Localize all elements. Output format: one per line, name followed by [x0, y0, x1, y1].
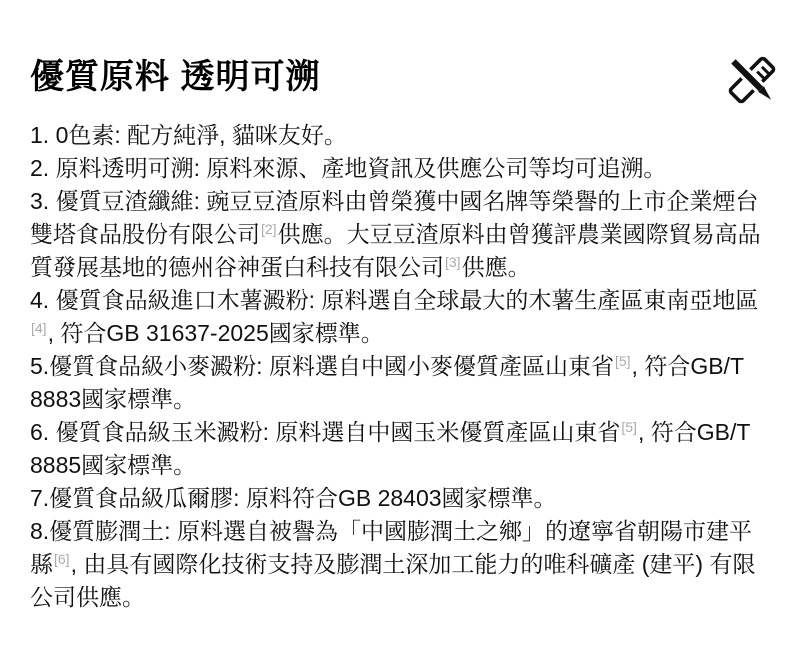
citation-ref: [2]	[260, 221, 278, 237]
list-item: 1. 0色素: 配方純淨, 貓咪友好。	[30, 119, 764, 152]
item-text: 供應。	[462, 254, 531, 280]
list-item: 4. 優質食品級進口木薯澱粉: 原料選自全球最大的木薯生產區東南亞地區[4], …	[30, 284, 764, 350]
list-item: 3. 優質豆渣纖維: 豌豆豆渣原料由曾榮獲中國名牌等榮譽的上市企業煙台雙塔食品股…	[30, 185, 764, 284]
item-text: , 符合GB 31637-2025國家標準。	[48, 320, 384, 346]
ingredient-list: 1. 0色素: 配方純淨, 貓咪友好。2. 原料透明可溯: 原料來源、產地資訊及…	[30, 119, 764, 614]
citation-ref: [3]	[444, 254, 462, 270]
citation-ref: [6]	[53, 551, 71, 567]
list-item: 2. 原料透明可溯: 原料來源、產地資訊及供應公司等均可追溯。	[30, 152, 764, 185]
item-text: , 由具有國際化技術支持及膨潤土深加工能力的唯科礦產 (建平) 有限公司供應。	[30, 551, 755, 610]
item-text: 7.優質食品級瓜爾膠: 原料符合GB 28403國家標準。	[30, 485, 557, 511]
list-item: 6. 優質食品級玉米澱粉: 原料選自中國玉米優質產區山東省[5], 符合GB/T…	[30, 416, 764, 482]
ruler-and-pen-icon	[725, 53, 779, 107]
list-item: 8.優質膨潤土: 原料選自被譽為「中國膨潤土之鄉」的遼寧省朝陽市建平縣[6], …	[30, 515, 764, 614]
citation-ref: [4]	[30, 320, 48, 336]
item-text: 1. 0色素: 配方純淨, 貓咪友好。	[30, 122, 347, 148]
section-title: 優質原料 透明可溯	[30, 56, 762, 99]
item-text: 4. 優質食品級進口木薯澱粉: 原料選自全球最大的木薯生產區東南亞地區	[30, 287, 758, 313]
item-text: 2. 原料透明可溯: 原料來源、產地資訊及供應公司等均可追溯。	[30, 155, 666, 181]
list-item: 5.優質食品級小麥澱粉: 原料選自中國小麥優質產區山東省[5], 符合GB/T …	[30, 350, 764, 416]
item-text: 5.優質食品級小麥澱粉: 原料選自中國小麥優質產區山東省	[30, 353, 614, 379]
citation-ref: [5]	[614, 353, 632, 369]
product-description-section: 優質原料 透明可溯 1. 0色素: 配方純淨, 貓咪友好。2. 原料透明可溯: …	[0, 0, 790, 671]
item-text: 6. 優質食品級玉米澱粉: 原料選自中國玉米優質產區山東省	[30, 419, 620, 445]
citation-ref: [5]	[620, 419, 638, 435]
list-item: 7.優質食品級瓜爾膠: 原料符合GB 28403國家標準。	[30, 482, 764, 515]
